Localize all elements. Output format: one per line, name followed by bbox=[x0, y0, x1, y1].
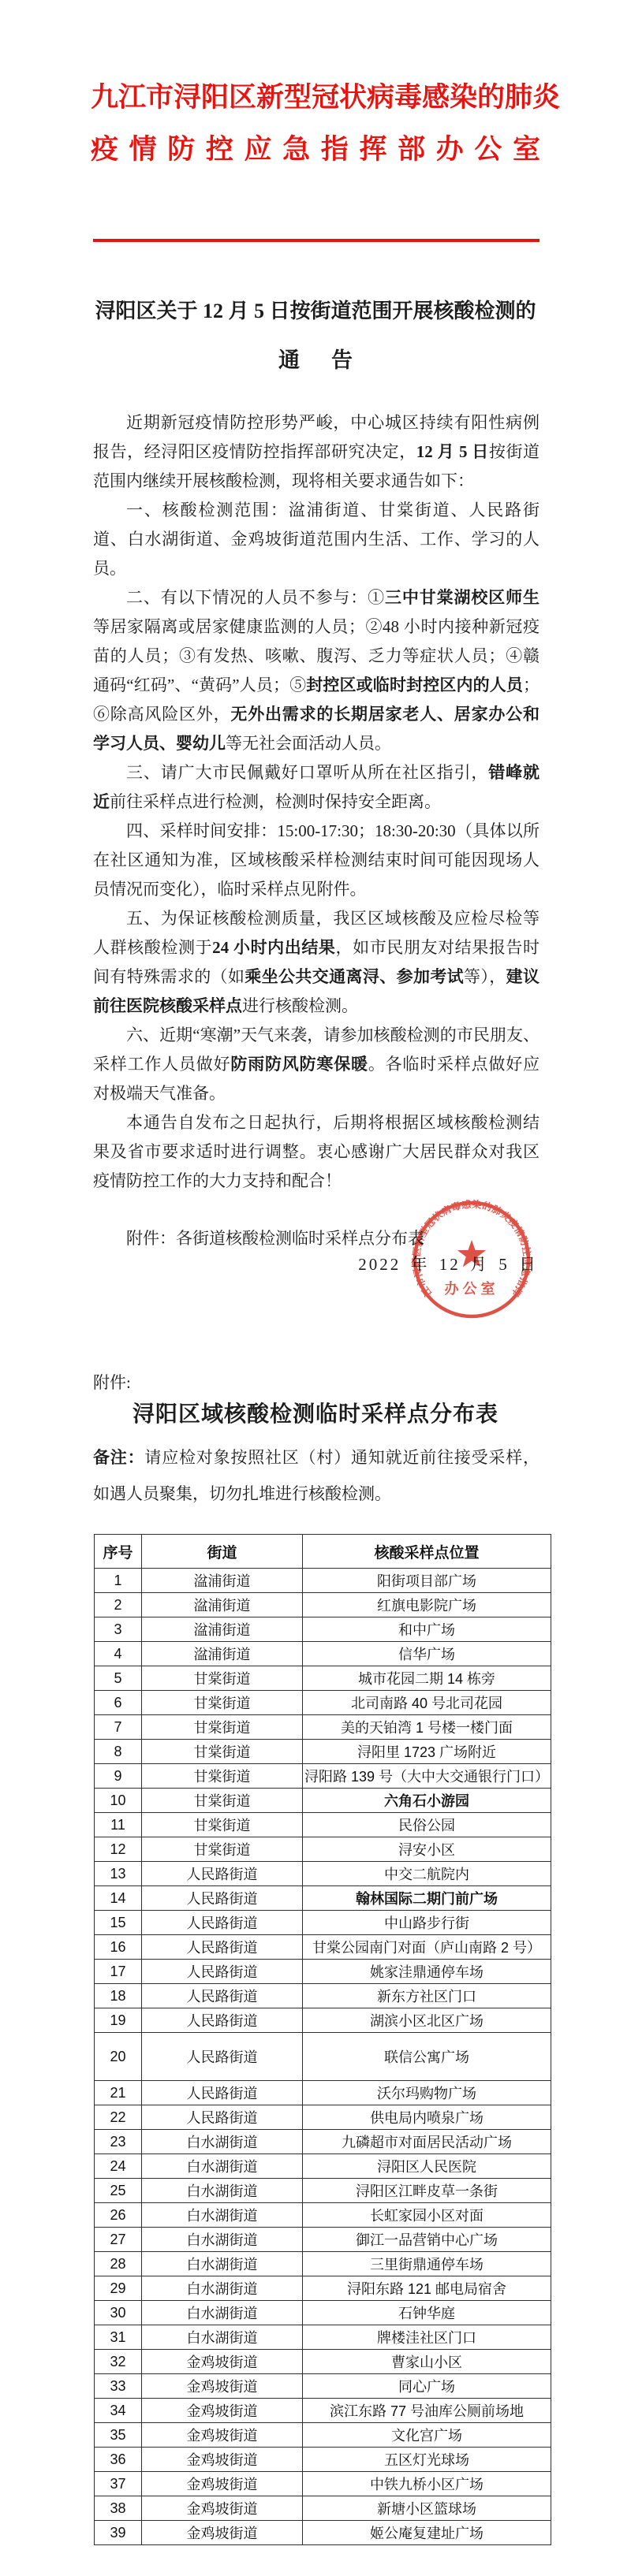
row-street: 白水湖街道 bbox=[142, 2252, 303, 2276]
seal-center-label: 办公室 bbox=[445, 1280, 499, 1297]
row-location: 供电局内喷泉广场 bbox=[303, 2105, 551, 2130]
row-location: 湖滨小区北区广场 bbox=[303, 2008, 551, 2033]
seal-star-icon bbox=[457, 1240, 486, 1267]
row-street: 金鸡坡街道 bbox=[142, 2448, 303, 2472]
row-location: 浔阳区人民医院 bbox=[303, 2154, 551, 2179]
row-number: 21 bbox=[95, 2081, 142, 2105]
row-number: 23 bbox=[95, 2130, 142, 2154]
row-number: 1 bbox=[95, 1569, 142, 1593]
row-street: 白水湖街道 bbox=[142, 2228, 303, 2252]
table-row: 11甘棠街道民俗公园 bbox=[95, 1813, 551, 1837]
header-location: 核酸采样点位置 bbox=[303, 1535, 551, 1569]
notice-paragraph: 四、采样时间安排：15:00-17:30；18:30-20:30（具体以所在社区… bbox=[93, 817, 540, 904]
table-row: 38金鸡坡街道新塘小区篮球场 bbox=[95, 2496, 551, 2521]
row-location: 浔阳里 1723 广场附近 bbox=[303, 1740, 551, 1764]
notice-paragraph: 五、为保证核酸检测质量，我区区域核酸及应检尽检等人群核酸检测于24 小时内出结果… bbox=[93, 904, 540, 1021]
table-row: 26白水湖街道长虹家园小区对面 bbox=[95, 2203, 551, 2228]
row-location: 翰林国际二期门前广场 bbox=[303, 1886, 551, 1911]
notice-paragraph: 近期新冠疫情防控形势严峻，中心城区持续有阳性病例报告，经浔阳区疫情防控指挥部研究… bbox=[93, 408, 540, 496]
row-number: 12 bbox=[95, 1837, 142, 1862]
table-row: 36金鸡坡街道五区灯光球场 bbox=[95, 2448, 551, 2472]
row-street: 人民路街道 bbox=[142, 1911, 303, 1935]
row-street: 白水湖街道 bbox=[142, 2130, 303, 2154]
appendix-note-prefix: 备注： bbox=[93, 1448, 144, 1467]
table-row: 30白水湖街道石钟华庭 bbox=[95, 2301, 551, 2325]
table-row: 8甘棠街道浔阳里 1723 广场附近 bbox=[95, 1740, 551, 1764]
row-number: 24 bbox=[95, 2154, 142, 2179]
row-location: 浔安小区 bbox=[303, 1837, 551, 1862]
table-row: 32金鸡坡街道曹家山小区 bbox=[95, 2350, 551, 2374]
row-location: 信华广场 bbox=[303, 1642, 551, 1666]
header-no: 序号 bbox=[95, 1535, 142, 1569]
row-location: 文化宫广场 bbox=[303, 2423, 551, 2448]
row-street: 甘棠街道 bbox=[142, 1715, 303, 1740]
table-row: 16人民路街道甘棠公园南门对面（庐山南路 2 号） bbox=[95, 1935, 551, 1960]
table-header-row: 序号 街道 核酸采样点位置 bbox=[95, 1535, 551, 1569]
row-location: 浔阳东路 121 邮电局宿舍 bbox=[303, 2276, 551, 2301]
row-number: 34 bbox=[95, 2399, 142, 2423]
row-number: 16 bbox=[95, 1935, 142, 1960]
row-number: 26 bbox=[95, 2203, 142, 2228]
notice-paragraph: 一、核酸检测范围：湓浦街道、甘棠街道、人民路街道、白水湖街道、金鸡坡街道范围内生… bbox=[93, 496, 540, 583]
notice-paragraph: 六、近期“寒潮”天气来袭，请参加核酸检测的市民朋友、采样工作人员做好防雨防风防寒… bbox=[93, 1021, 540, 1108]
row-location: 民俗公园 bbox=[303, 1813, 551, 1837]
header-street: 街道 bbox=[142, 1535, 303, 1569]
row-number: 35 bbox=[95, 2423, 142, 2448]
row-location: 同心广场 bbox=[303, 2374, 551, 2399]
row-street: 甘棠街道 bbox=[142, 1789, 303, 1813]
notice-paragraph: 本通告自发布之日起执行，后期将根据区域核酸检测结果及省市要求适时进行调整。衷心感… bbox=[93, 1108, 540, 1196]
row-location: 浔阳区江畔皮草一条街 bbox=[303, 2179, 551, 2203]
row-location: 北司南路 40 号北司花园 bbox=[303, 1691, 551, 1715]
row-location: 牌楼洼社区门口 bbox=[303, 2325, 551, 2350]
table-row: 35金鸡坡街道文化宫广场 bbox=[95, 2423, 551, 2448]
row-number: 18 bbox=[95, 1984, 142, 2008]
notice-body: 近期新冠疫情防控形势严峻，中心城区持续有阳性病例报告，经浔阳区疫情防控指挥部研究… bbox=[93, 408, 540, 1253]
row-street: 白水湖街道 bbox=[142, 2301, 303, 2325]
row-street: 人民路街道 bbox=[142, 1886, 303, 1911]
row-street: 白水湖街道 bbox=[142, 2325, 303, 2350]
row-number: 37 bbox=[95, 2472, 142, 2496]
row-street: 人民路街道 bbox=[142, 2105, 303, 2130]
row-location: 滨江东路 77 号油库公厕前场地 bbox=[303, 2399, 551, 2423]
row-street: 甘棠街道 bbox=[142, 1666, 303, 1691]
table-row: 24白水湖街道浔阳区人民医院 bbox=[95, 2154, 551, 2179]
letterhead-divider bbox=[93, 239, 540, 242]
row-street: 人民路街道 bbox=[142, 2033, 303, 2081]
table-row: 34金鸡坡街道滨江东路 77 号油库公厕前场地 bbox=[95, 2399, 551, 2423]
row-number: 2 bbox=[95, 1593, 142, 1617]
notice-title-line1: 浔阳区关于 12 月 5 日按街道范围开展核酸检测的 bbox=[79, 298, 552, 325]
letterhead-line2: 疫情防控应急指挥部办公室 bbox=[91, 128, 540, 172]
row-street: 湓浦街道 bbox=[142, 1569, 303, 1593]
row-street: 白水湖街道 bbox=[142, 2179, 303, 2203]
official-seal-stamp: 九江市浔阳区新型冠状病毒感染的肺炎疫情防控应急指挥部 办公室 bbox=[409, 1197, 535, 1323]
row-number: 38 bbox=[95, 2496, 142, 2521]
row-street: 湓浦街道 bbox=[142, 1593, 303, 1617]
row-location: 浔阳路 139 号（大中大交通银行门口） bbox=[303, 1764, 551, 1789]
row-location: 中铁九桥小区广场 bbox=[303, 2472, 551, 2496]
table-row: 20人民路街道联信公寓广场 bbox=[95, 2033, 551, 2081]
row-number: 31 bbox=[95, 2325, 142, 2350]
row-street: 金鸡坡街道 bbox=[142, 2521, 303, 2545]
row-location: 姚家洼鼎通停车场 bbox=[303, 1960, 551, 1984]
notice-paragraph: 二、有以下情况的人员不参与：①三中甘棠湖校区师生等居家隔离或居家健康监测的人员；… bbox=[93, 583, 540, 758]
letterhead-line1: 九江市浔阳区新型冠状病毒感染的肺炎 bbox=[91, 76, 540, 120]
row-street: 人民路街道 bbox=[142, 1960, 303, 1984]
appendix-note: 备注：请应检对象按照社区（村）通知就近前往接受采样，如遇人员聚集，切勿扎堆进行核… bbox=[93, 1439, 540, 1512]
table-row: 15人民路街道中山路步行街 bbox=[95, 1911, 551, 1935]
table-row: 2湓浦街道红旗电影院广场 bbox=[95, 1593, 551, 1617]
table-row: 29白水湖街道浔阳东路 121 邮电局宿舍 bbox=[95, 2276, 551, 2301]
notice-paragraph: 三、请广大市民佩戴好口罩听从所在社区指引，错峰就近前往采样点进行检测，检测时保持… bbox=[93, 758, 540, 817]
letterhead: 九江市浔阳区新型冠状病毒感染的肺炎 疫情防控应急指挥部办公室 bbox=[91, 76, 540, 172]
row-location: 甘棠公园南门对面（庐山南路 2 号） bbox=[303, 1935, 551, 1960]
row-number: 30 bbox=[95, 2301, 142, 2325]
row-number: 17 bbox=[95, 1960, 142, 1984]
row-street: 甘棠街道 bbox=[142, 1837, 303, 1862]
row-number: 32 bbox=[95, 2350, 142, 2374]
row-number: 8 bbox=[95, 1740, 142, 1764]
row-number: 19 bbox=[95, 2008, 142, 2033]
table-row: 27白水湖街道御江一品营销中心广场 bbox=[95, 2228, 551, 2252]
row-street: 白水湖街道 bbox=[142, 2203, 303, 2228]
row-location: 三里街鼎通停车场 bbox=[303, 2252, 551, 2276]
row-location: 沃尔玛购物广场 bbox=[303, 2081, 551, 2105]
row-location: 石钟华庭 bbox=[303, 2301, 551, 2325]
row-number: 3 bbox=[95, 1617, 142, 1642]
row-street: 金鸡坡街道 bbox=[142, 2496, 303, 2521]
row-location: 阳街项目部广场 bbox=[303, 1569, 551, 1593]
row-number: 22 bbox=[95, 2105, 142, 2130]
row-number: 36 bbox=[95, 2448, 142, 2472]
appendix-title: 浔阳区域核酸检测临时采样点分布表 bbox=[0, 1397, 631, 1428]
row-street: 白水湖街道 bbox=[142, 2154, 303, 2179]
notice-title: 浔阳区关于 12 月 5 日按街道范围开展核酸检测的 通告 bbox=[79, 298, 552, 374]
row-number: 29 bbox=[95, 2276, 142, 2301]
row-number: 4 bbox=[95, 1642, 142, 1666]
row-number: 10 bbox=[95, 1789, 142, 1813]
table-row: 14人民路街道翰林国际二期门前广场 bbox=[95, 1886, 551, 1911]
row-number: 13 bbox=[95, 1862, 142, 1886]
row-number: 20 bbox=[95, 2033, 142, 2081]
table-row: 18人民路街道新东方社区门口 bbox=[95, 1984, 551, 2008]
row-location: 新东方社区门口 bbox=[303, 1984, 551, 2008]
row-number: 28 bbox=[95, 2252, 142, 2276]
appendix-label: 附件: bbox=[93, 1370, 131, 1394]
row-number: 39 bbox=[95, 2521, 142, 2545]
row-location: 曹家山小区 bbox=[303, 2350, 551, 2374]
row-street: 人民路街道 bbox=[142, 2008, 303, 2033]
row-street: 人民路街道 bbox=[142, 1984, 303, 2008]
table-row: 33金鸡坡街道同心广场 bbox=[95, 2374, 551, 2399]
row-street: 金鸡坡街道 bbox=[142, 2374, 303, 2399]
row-number: 7 bbox=[95, 1715, 142, 1740]
row-number: 27 bbox=[95, 2228, 142, 2252]
row-street: 白水湖街道 bbox=[142, 2276, 303, 2301]
appendix-note-text: 请应检对象按照社区（村）通知就近前往接受采样，如遇人员聚集，切勿扎堆进行核酸检测… bbox=[93, 1448, 540, 1503]
row-number: 15 bbox=[95, 1911, 142, 1935]
row-location: 和中广场 bbox=[303, 1617, 551, 1642]
table-row: 25白水湖街道浔阳区江畔皮草一条街 bbox=[95, 2179, 551, 2203]
table-row: 19人民路街道湖滨小区北区广场 bbox=[95, 2008, 551, 2033]
table-row: 13人民路街道中交二航院内 bbox=[95, 1862, 551, 1886]
table-row: 10甘棠街道六角石小游园 bbox=[95, 1789, 551, 1813]
row-location: 姬公庵复建址广场 bbox=[303, 2521, 551, 2545]
table-row: 12甘棠街道浔安小区 bbox=[95, 1837, 551, 1862]
row-number: 33 bbox=[95, 2374, 142, 2399]
table-row: 5甘棠街道城市花园二期 14 栋旁 bbox=[95, 1666, 551, 1691]
row-street: 湓浦街道 bbox=[142, 1642, 303, 1666]
table-row: 28白水湖街道三里街鼎通停车场 bbox=[95, 2252, 551, 2276]
row-street: 金鸡坡街道 bbox=[142, 2423, 303, 2448]
table-row: 39金鸡坡街道姬公庵复建址广场 bbox=[95, 2521, 551, 2545]
row-number: 5 bbox=[95, 1666, 142, 1691]
table-row: 4湓浦街道信华广场 bbox=[95, 1642, 551, 1666]
row-location: 御江一品营销中心广场 bbox=[303, 2228, 551, 2252]
row-street: 人民路街道 bbox=[142, 1862, 303, 1886]
row-location: 新塘小区篮球场 bbox=[303, 2496, 551, 2521]
document-page: 九江市浔阳区新型冠状病毒感染的肺炎 疫情防控应急指挥部办公室 浔阳区关于 12 … bbox=[0, 0, 631, 2576]
row-street: 甘棠街道 bbox=[142, 1764, 303, 1789]
row-location: 红旗电影院广场 bbox=[303, 1593, 551, 1617]
row-number: 6 bbox=[95, 1691, 142, 1715]
table-row: 22人民路街道供电局内喷泉广场 bbox=[95, 2105, 551, 2130]
row-street: 甘棠街道 bbox=[142, 1691, 303, 1715]
row-location: 中交二航院内 bbox=[303, 1862, 551, 1886]
row-location: 六角石小游园 bbox=[303, 1789, 551, 1813]
row-number: 11 bbox=[95, 1813, 142, 1837]
table-row: 7甘棠街道美的天铂湾 1 号楼一楼门面 bbox=[95, 1715, 551, 1740]
row-location: 九磷超市对面居民活动广场 bbox=[303, 2130, 551, 2154]
table-row: 1湓浦街道阳街项目部广场 bbox=[95, 1569, 551, 1593]
table-row: 9甘棠街道浔阳路 139 号（大中大交通银行门口） bbox=[95, 1764, 551, 1789]
sampling-points-table: 序号 街道 核酸采样点位置 1湓浦街道阳街项目部广场2湓浦街道红旗电影院广场3湓… bbox=[94, 1534, 551, 2545]
table-row: 17人民路街道姚家洼鼎通停车场 bbox=[95, 1960, 551, 1984]
row-street: 甘棠街道 bbox=[142, 1813, 303, 1837]
row-location: 美的天铂湾 1 号楼一楼门面 bbox=[303, 1715, 551, 1740]
row-number: 14 bbox=[95, 1886, 142, 1911]
table-row: 23白水湖街道九磷超市对面居民活动广场 bbox=[95, 2130, 551, 2154]
table-row: 6甘棠街道北司南路 40 号北司花园 bbox=[95, 1691, 551, 1715]
table-row: 21人民路街道沃尔玛购物广场 bbox=[95, 2081, 551, 2105]
table-row: 31白水湖街道牌楼洼社区门口 bbox=[95, 2325, 551, 2350]
row-street: 金鸡坡街道 bbox=[142, 2472, 303, 2496]
row-location: 联信公寓广场 bbox=[303, 2033, 551, 2081]
row-number: 9 bbox=[95, 1764, 142, 1789]
row-location: 长虹家园小区对面 bbox=[303, 2203, 551, 2228]
row-street: 金鸡坡街道 bbox=[142, 2350, 303, 2374]
notice-title-line2: 通告 bbox=[79, 347, 552, 374]
row-street: 人民路街道 bbox=[142, 2081, 303, 2105]
row-street: 甘棠街道 bbox=[142, 1740, 303, 1764]
row-location: 城市花园二期 14 栋旁 bbox=[303, 1666, 551, 1691]
table-row: 37金鸡坡街道中铁九桥小区广场 bbox=[95, 2472, 551, 2496]
row-street: 湓浦街道 bbox=[142, 1617, 303, 1642]
row-location: 五区灯光球场 bbox=[303, 2448, 551, 2472]
row-number: 25 bbox=[95, 2179, 142, 2203]
row-street: 金鸡坡街道 bbox=[142, 2399, 303, 2423]
table-row: 3湓浦街道和中广场 bbox=[95, 1617, 551, 1642]
row-location: 中山路步行街 bbox=[303, 1911, 551, 1935]
row-street: 人民路街道 bbox=[142, 1935, 303, 1960]
